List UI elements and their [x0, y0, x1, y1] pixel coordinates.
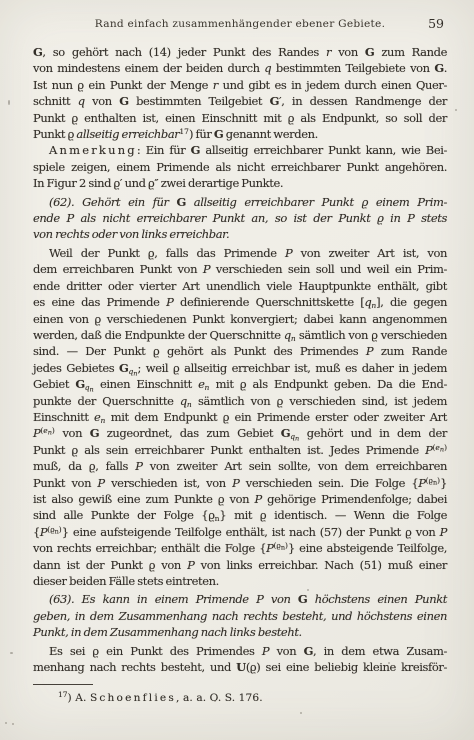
- text-line: Anmerkung: Ein für G allseitig erreichba…: [33, 142, 447, 158]
- paragraph: Es sei ϱ ein Punkt des Primendes P von G…: [33, 643, 447, 676]
- text-line: ist also gewiß eine zum Punkte ϱ von P g…: [33, 491, 447, 507]
- text-line: Punkt ϱ als sein erreichbarer Punkt enth…: [33, 442, 447, 458]
- text-line: Einschnitt en mit dem Endpunkt ϱ ein Pri…: [33, 409, 447, 425]
- text-line: ende P als nicht erreichbarer Punkt an, …: [33, 210, 447, 226]
- page-number: 59: [428, 16, 444, 31]
- running-head: Rand einfach zusammenhängender ebener Ge…: [33, 18, 447, 30]
- scan-speck: [455, 109, 457, 111]
- text-line: Gebiet Gqn einen Einschnitt en mit ϱ als…: [33, 376, 447, 392]
- text-line: (63). Es kann in einem Primende P von G …: [33, 591, 447, 607]
- text-line: dann ist der Punkt ϱ von P von links err…: [33, 557, 447, 573]
- text-line: werden, daß die Endpunkte der Querschnit…: [33, 327, 447, 343]
- page-body: G, so gehört nach (14) jeder Punkt des R…: [33, 44, 447, 675]
- paragraph: (62). Gehört ein für G allseitig erreich…: [33, 194, 447, 243]
- scan-speck: [307, 589, 309, 591]
- text-line: von mindestens einem der beiden durch q …: [33, 60, 447, 76]
- text-line: geben, in dem Zusammenhang nach rechts b…: [33, 608, 447, 624]
- scan-speck: [5, 722, 7, 724]
- text-line: dieser beiden Fälle stets eintreten.: [33, 573, 447, 589]
- text-line: Weil der Punkt ϱ, falls das Primende P v…: [33, 245, 447, 261]
- scan-speck: [8, 100, 10, 105]
- text-line: von rechts erreichbar; enthält die Folge…: [33, 540, 447, 556]
- text-line: jedes Gebietes Gqn; weil ϱ allseitig err…: [33, 360, 447, 376]
- text-line: einen von ϱ verschiedenen Punkt konvergi…: [33, 311, 447, 327]
- text-line: von rechts oder von links erreichbar.: [33, 226, 447, 242]
- paragraph: G, so gehört nach (14) jeder Punkt des R…: [33, 44, 447, 142]
- footnote-text: 17) A. Schoenflies, a. a. O. S. 176.: [58, 692, 263, 704]
- scan-speck: [388, 662, 390, 664]
- text-line: In Figur 2 sind ϱ′ und ϱ″ zwei derartige…: [33, 175, 447, 191]
- text-line: dem erreichbaren Punkt von P verschieden…: [33, 261, 447, 277]
- text-line: menhang nach rechts besteht, und U(ϱ) se…: [33, 659, 447, 675]
- text-line: sind. — Der Punkt ϱ gehört als Punkt des…: [33, 343, 447, 359]
- text-line: schnitt q von G bestimmten Teilgebiet G′…: [33, 93, 447, 109]
- paragraph: (63). Es kann in einem Primende P von G …: [33, 591, 447, 640]
- text-line: muß, da ϱ, falls P von zweiter Art sein …: [33, 458, 447, 474]
- text-line: spiele zeigen, einem Primende als nicht …: [33, 159, 447, 175]
- scan-speck: [300, 712, 302, 714]
- text-line: ende dritter oder vierter Art unendlich …: [33, 278, 447, 294]
- text-line: sind alle Punkte der Folge {ϱn} mit ϱ id…: [33, 507, 447, 523]
- text-line: {P(ϱn)} eine aufsteigende Teilfolge enth…: [33, 524, 447, 540]
- scan-speck: [10, 652, 13, 654]
- scan-speck: [12, 723, 14, 725]
- running-head-title: Rand einfach zusammenhängender ebener Ge…: [95, 18, 385, 30]
- text-line: G, so gehört nach (14) jeder Punkt des R…: [33, 44, 447, 60]
- text-line: Punkt, in dem Zusammenhang nach links be…: [33, 624, 447, 640]
- text-line: (62). Gehört ein für G allseitig erreich…: [33, 194, 447, 210]
- text-line: Punkt ϱ allseitig erreichbar17) für G ge…: [33, 126, 447, 142]
- text-line: P(en) von G zugeordnet, das zum Gebiet G…: [33, 425, 447, 441]
- footnote-rule: [33, 684, 93, 685]
- text-line: Punkt ϱ enthalten ist, einen Einschnitt …: [33, 110, 447, 126]
- text-line: es eine das Primende P definierende Quer…: [33, 294, 447, 310]
- footnote: 17) A. Schoenflies, a. a. O. S. 176.: [33, 692, 447, 704]
- paragraph: Weil der Punkt ϱ, falls das Primende P v…: [33, 245, 447, 590]
- text-line: Punkt von P verschieden ist, von P versc…: [33, 475, 447, 491]
- scanned-page: Rand einfach zusammenhängender ebener Ge…: [0, 0, 474, 740]
- paragraph: Anmerkung: Ein für G allseitig erreichba…: [33, 142, 447, 191]
- text-line: punkte der Querschnitte qn sämtlich von …: [33, 393, 447, 409]
- text-line: Es sei ϱ ein Punkt des Primendes P von G…: [33, 643, 447, 659]
- scan-speck: [214, 700, 216, 702]
- text-line: Ist nun ϱ ein Punkt der Menge r und gibt…: [33, 77, 447, 93]
